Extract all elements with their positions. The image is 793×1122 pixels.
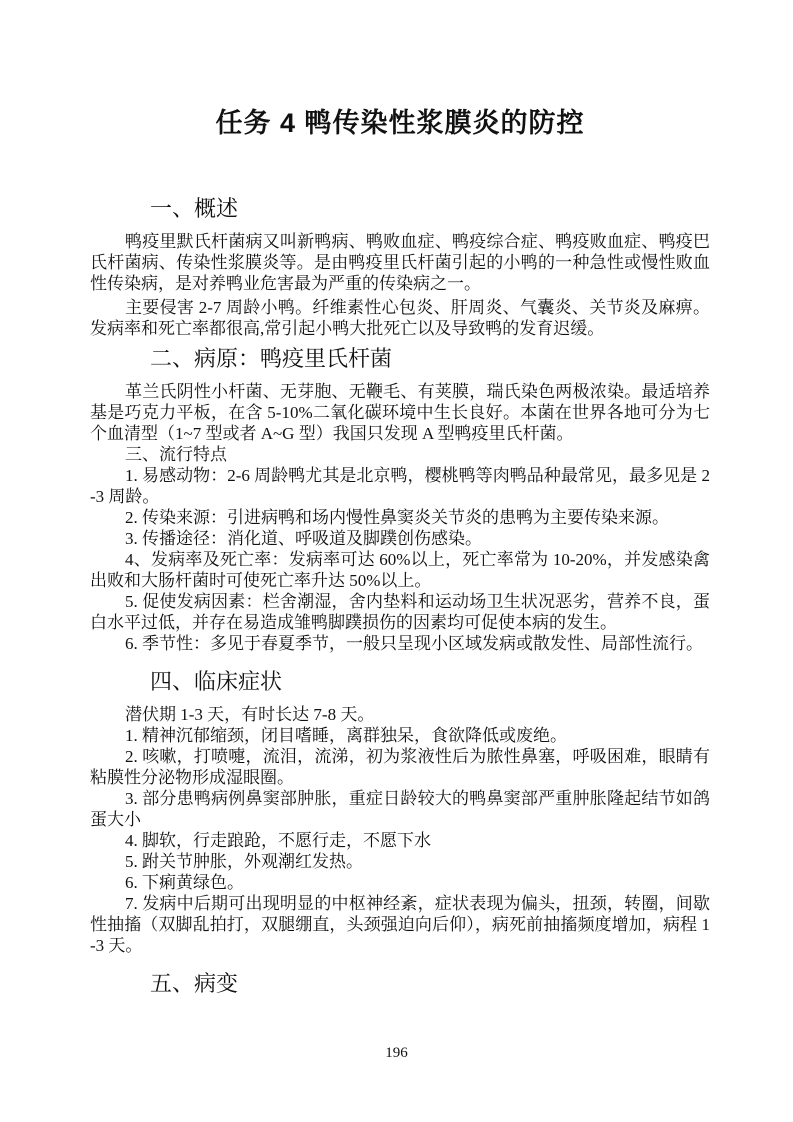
document-page: 任务 4 鸭传染性浆膜炎的防控 一、概述 鸭疫里默氏杆菌病又叫新鸭病、鸭败血症、… xyxy=(0,0,793,1122)
epidemic-item-3: 3. 传播途径：消化道、呼吸道及脚蹼创伤感染。 xyxy=(90,528,710,549)
clinical-item-1: 1. 精神沉郁缩颈，闭目嗜睡，离群独呆，食欲降低或废绝。 xyxy=(90,725,710,746)
clinical-item-7: 7. 发病中后期可出现明显的中枢神经紊，症状表现为偏头，扭颈，转圈，间歇性抽搐（… xyxy=(90,893,710,956)
heading-epidemic: 三、流行特点 xyxy=(90,444,710,465)
clinical-item-3: 3. 部分患鸭病例鼻窦部肿胀，重症日龄较大的鸭鼻窦部严重肿胀隆起结节如鸽蛋大小 xyxy=(90,788,710,830)
overview-paragraph-2: 主要侵害 2-7 周龄小鸭。纤维素性心包炎、肝周炎、气囊炎、关节炎及麻痹。发病率… xyxy=(90,297,710,339)
epidemic-item-4: 4、发病率及死亡率：发病率可达 60%以上，死亡率常为 10-20%，并发感染禽… xyxy=(90,549,710,591)
clinical-intro: 潜伏期 1-3 天，有时长达 7-8 天。 xyxy=(90,704,710,725)
heading-clinical: 四、临床症状 xyxy=(90,667,710,697)
clinical-item-2: 2. 咳嗽，打喷嚏，流泪，流涕，初为浆液性后为脓性鼻塞，呼吸困难，眼睛有粘膜性分… xyxy=(90,746,710,788)
epidemic-item-5: 5. 促使发病因素：栏舍潮湿，舍内垫料和运动场卫生状况恶劣，营养不良，蛋白水平过… xyxy=(90,591,710,633)
clinical-item-6: 6. 下痢黄绿色。 xyxy=(90,872,710,893)
document-title: 任务 4 鸭传染性浆膜炎的防控 xyxy=(90,106,710,140)
pathogen-paragraph-1: 革兰氏阴性小杆菌、无芽胞、无鞭毛、有荚膜，瑞氏染色两极浓染。最适培养基是巧克力平… xyxy=(90,381,710,444)
overview-paragraph-1: 鸭疫里默氏杆菌病又叫新鸭病、鸭败血症、鸭疫综合症、鸭疫败血症、鸭疫巴氏杆菌病、传… xyxy=(90,231,710,294)
clinical-item-4: 4. 脚软，行走踉跄，不愿行走，不愿下水 xyxy=(90,830,710,851)
page-number: 196 xyxy=(0,1045,793,1062)
epidemic-item-6: 6. 季节性：多见于春夏季节，一般只呈现小区域发病或散发性、局部性流行。 xyxy=(90,633,710,654)
clinical-item-5: 5. 跗关节肿胀，外观潮红发热。 xyxy=(90,851,710,872)
heading-lesions: 五、病变 xyxy=(90,969,710,999)
heading-pathogen: 二、病原：鸭疫里氏杆菌 xyxy=(90,344,710,374)
epidemic-item-1: 1. 易感动物：2-6 周龄鸭尤其是北京鸭，樱桃鸭等肉鸭品种最常见，最多见是 2… xyxy=(90,465,710,507)
epidemic-item-2: 2. 传染来源：引进病鸭和场内慢性鼻窦炎关节炎的患鸭为主要传染来源。 xyxy=(90,507,710,528)
heading-overview: 一、概述 xyxy=(90,194,710,224)
